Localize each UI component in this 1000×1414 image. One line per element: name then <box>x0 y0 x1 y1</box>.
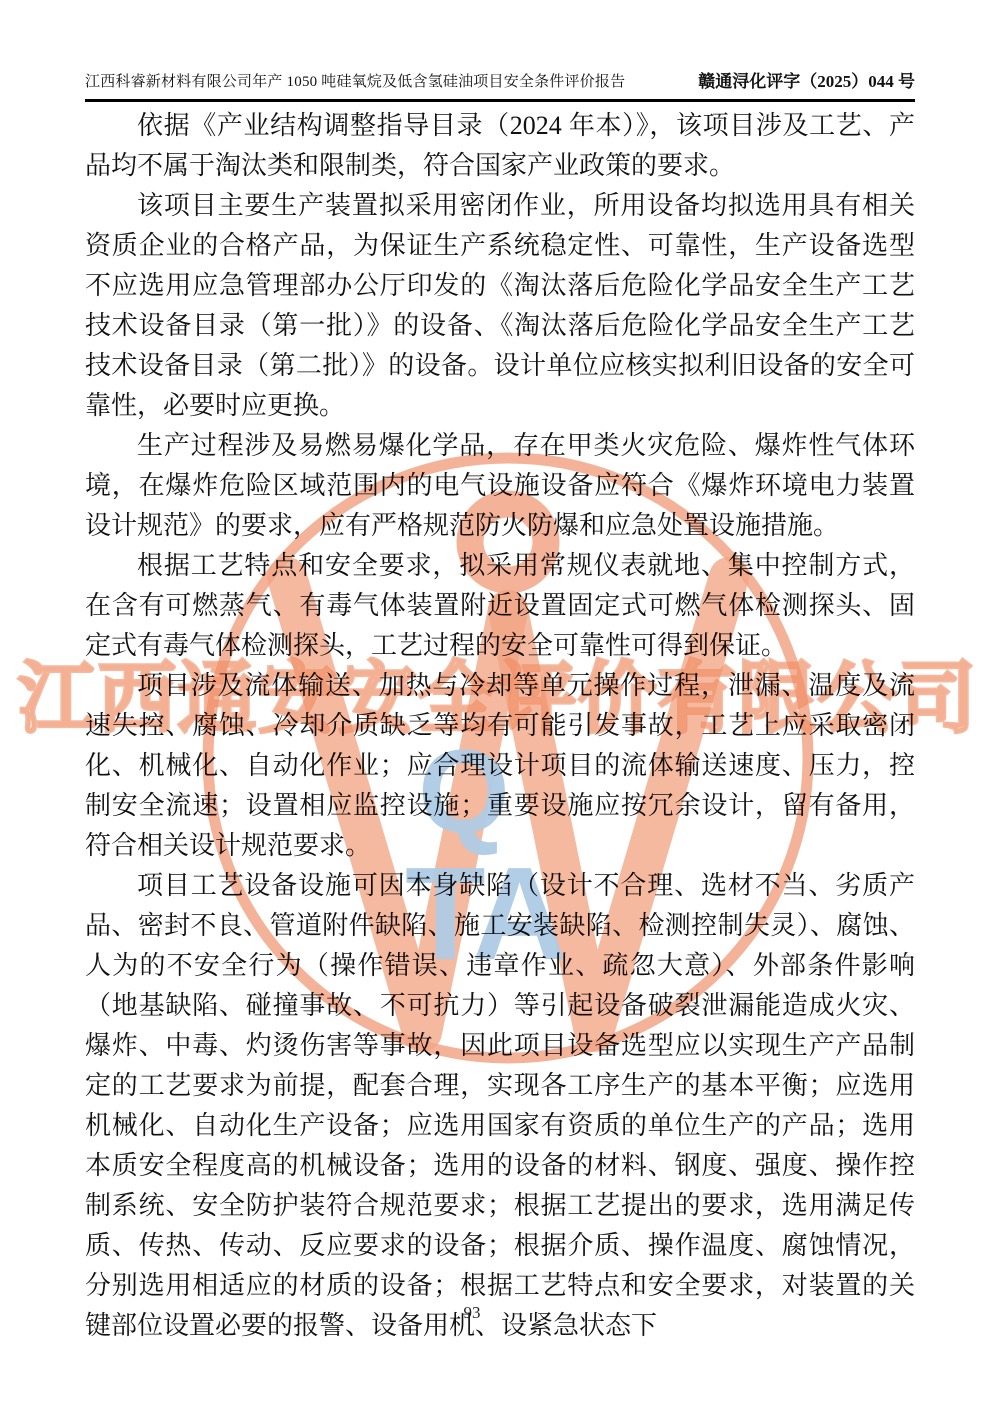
document-body: 依据《产业结构调整指导目录（2024 年本）》，该项目涉及工艺、产品均不属于淘汰… <box>85 106 915 1346</box>
body-paragraph: 依据《产业结构调整指导目录（2024 年本）》，该项目涉及工艺、产品均不属于淘汰… <box>85 106 915 186</box>
header-document-number: 赣通浔化评字（2025）044 号 <box>698 72 915 92</box>
page-header: 江西科睿新材料有限公司年产 1050 吨硅氧烷及低含氢硅油项目安全条件评价报告 … <box>85 72 915 102</box>
header-report-title: 江西科睿新材料有限公司年产 1050 吨硅氧烷及低含氢硅油项目安全条件评价报告 <box>85 72 625 92</box>
page-number: 93 <box>0 1303 944 1323</box>
body-paragraph: 根据工艺特点和安全要求，拟采用常规仪表就地、集中控制方式，在含有可燃蒸气、有毒气… <box>85 546 915 666</box>
body-paragraph: 项目涉及流体输送、加热与冷却等单元操作过程，泄漏、温度及流速失控、腐蚀、冷却介质… <box>85 666 915 866</box>
body-paragraph: 该项目主要生产装置拟采用密闭作业，所用设备均拟选用具有相关资质企业的合格产品，为… <box>85 186 915 426</box>
report-page: 江西科睿新材料有限公司年产 1050 吨硅氧烷及低含氢硅油项目安全条件评价报告 … <box>0 0 1000 1414</box>
body-paragraph: 生产过程涉及易燃易爆化学品，存在甲类火灾危险、爆炸性气体环境，在爆炸危险区域范围… <box>85 426 915 546</box>
body-paragraph: 项目工艺设备设施可因本身缺陷（设计不合理、选材不当、劣质产品、密封不良、管道附件… <box>85 866 915 1346</box>
